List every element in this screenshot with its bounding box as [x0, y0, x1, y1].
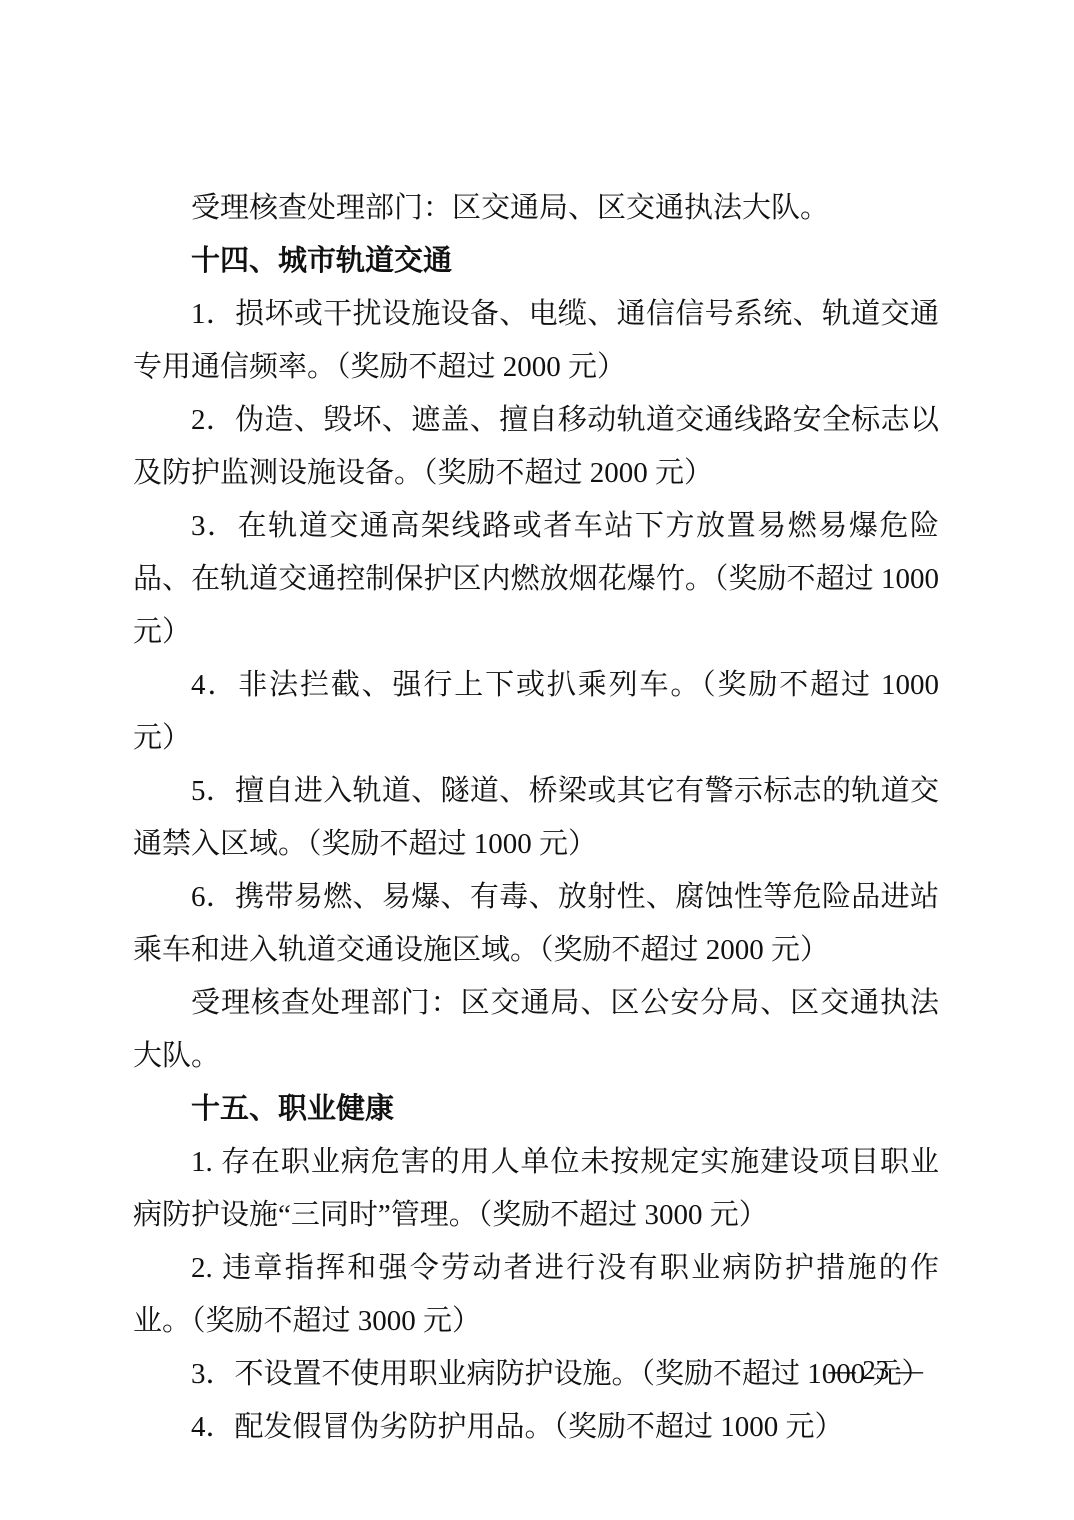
paragraph: 4．配发假冒伪劣防护用品。（奖励不超过 1000 元） [133, 1401, 939, 1454]
paragraph: 3．不设置不使用职业病防护设施。（奖励不超过 1000 元） [133, 1348, 939, 1401]
page-number: — 23 — [829, 1350, 924, 1390]
section-heading: 十五、职业健康 [133, 1083, 939, 1136]
paragraph: 2. 违章指挥和强令劳动者进行没有职业病防护措施的作业。（奖励不超过 3000 … [133, 1242, 939, 1348]
document-body: 受理核查处理部门：区交通局、区交通执法大队。十四、城市轨道交通1．损坏或干扰设施… [133, 182, 939, 1454]
paragraph: 2．伪造、毁坏、遮盖、擅自移动轨道交通线路安全标志以及防护监测设施设备。（奖励不… [133, 394, 939, 500]
paragraph: 1．损坏或干扰设施设备、电缆、通信信号系统、轨道交通专用通信频率。（奖励不超过 … [133, 288, 939, 394]
document-page: 受理核查处理部门：区交通局、区交通执法大队。十四、城市轨道交通1．损坏或干扰设施… [0, 0, 1074, 1520]
paragraph: 3．在轨道交通高架线路或者车站下方放置易燃易爆危险品、在轨道交通控制保护区内燃放… [133, 500, 939, 659]
paragraph: 1. 存在职业病危害的用人单位未按规定实施建设项目职业病防护设施“三同时”管理。… [133, 1136, 939, 1242]
paragraph: 受理核查处理部门：区交通局、区公安分局、区交通执法大队。 [133, 977, 939, 1083]
paragraph: 6．携带易燃、易爆、有毒、放射性、腐蚀性等危险品进站乘车和进入轨道交通设施区域。… [133, 871, 939, 977]
paragraph: 受理核查处理部门：区交通局、区交通执法大队。 [133, 182, 939, 235]
paragraph: 4．非法拦截、强行上下或扒乘列车。（奖励不超过 1000 元） [133, 659, 939, 765]
section-heading: 十四、城市轨道交通 [133, 235, 939, 288]
paragraph: 5．擅自进入轨道、隧道、桥梁或其它有警示标志的轨道交通禁入区域。（奖励不超过 1… [133, 765, 939, 871]
